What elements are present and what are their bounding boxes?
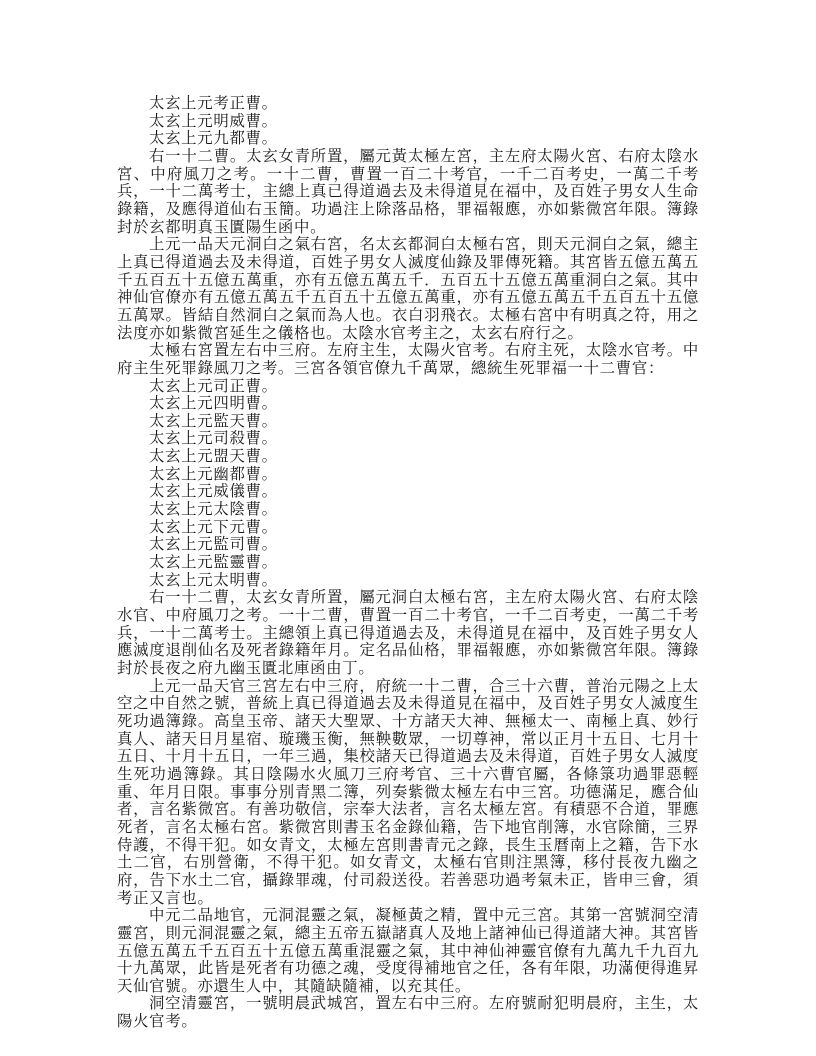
cao-item: 太玄上元明威曹。 — [117, 113, 699, 131]
paragraph: 太極右宮置左右中三府。左府主生，太陽火官考。右府主死，太陰水官考。中府主生死罪錄… — [117, 342, 699, 377]
cao-item: 太玄上元司殺曹。 — [117, 430, 699, 448]
cao-item: 太玄上元幽都曹。 — [117, 466, 699, 484]
paragraph: 洞空清靈宮，一號明晨武城宮，置左右中三府。左府號耐犯明晨府，主生，太陽火官考。 — [117, 995, 699, 1030]
cao-item: 太玄上元太陰曹。 — [117, 501, 699, 519]
document-page: 太玄上元考正曹。 太玄上元明威曹。 太玄上元九都曹。 右一十二曹。太玄女青所置，… — [117, 95, 699, 1031]
cao-item: 太玄上元四明曹。 — [117, 395, 699, 413]
cao-item: 太玄上元威儀曹。 — [117, 483, 699, 501]
cao-item: 太玄上元下元曹。 — [117, 519, 699, 537]
cao-item: 太玄上元監天曹。 — [117, 413, 699, 431]
paragraph: 右一十二曹，太玄女青所置，屬元洞白太極右宮，主左府太陽火宮、右府太陰水官、中府風… — [117, 589, 699, 677]
cao-item: 太玄上元監司曹。 — [117, 536, 699, 554]
paragraph: 右一十二曹。太玄女青所置，屬元黃太極左宮，主左府太陽火宮、右府太陰水宮、中府風刀… — [117, 148, 699, 236]
cao-item: 太玄上元監靈曹。 — [117, 554, 699, 572]
paragraph: 上元一品天官三宮左右中三府，府統一十二曹，合三十六曹，普治元陽之上太空之中自然之… — [117, 678, 699, 908]
paragraph: 上元一品天元洞白之氣右宮，名太玄都洞白太極右宮，則天元洞白之氣，總主上真已得道過… — [117, 236, 699, 342]
paragraph: 中元二品地官，元洞混靈之氣，凝極黃之精，置中元三宮。其第一宮號洞空清靈宮，則元洞… — [117, 907, 699, 995]
cao-item: 太玄上元太明曹。 — [117, 572, 699, 590]
cao-item: 太玄上元九都曹。 — [117, 130, 699, 148]
cao-item: 太玄上元考正曹。 — [117, 95, 699, 113]
cao-item: 太玄上元司正曹。 — [117, 378, 699, 396]
cao-item: 太玄上元盟天曹。 — [117, 448, 699, 466]
